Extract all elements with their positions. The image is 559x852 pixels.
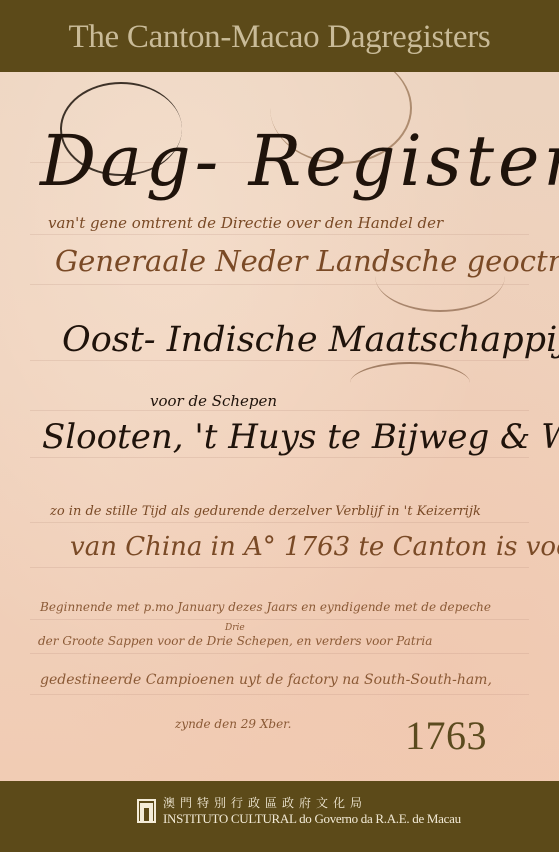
arch-logo-icon [137,799,156,823]
book-title: The Canton-Macao Dagregisters [69,19,491,56]
manuscript-line-ship-names: Slooten, 't Huys te Bijweg & Westerveld [42,417,559,457]
manuscript-line: Beginnende met p.mo January dezes Jaars … [40,600,491,614]
ruled-line [30,457,529,458]
manuscript-line: Oost- Indische Maatschappij [62,320,559,360]
volume-year: 1763 [405,712,487,759]
manuscript-heading: Dag- Register [40,120,559,202]
ruled-line [30,284,529,285]
ruled-line [30,522,529,523]
calligraphy-flourish [350,362,470,404]
manuscript-line: van't gene omtrent de Directie over den … [48,214,443,232]
ruled-line [30,360,529,361]
ruled-line [30,410,529,411]
manuscript-line: zo in de stille Tijd als gedurende derze… [50,504,481,519]
manuscript-line: zynde den 29 Xber. [175,717,291,731]
publisher-footer-band: 澳門特別行政區政府文化局 INSTITUTO CULTURAL do Gover… [0,781,559,852]
publisher-name-chinese: 澳門特別行政區政府文化局 [163,796,461,811]
interlinear-note: Drie [225,623,245,633]
ruled-line [30,567,529,568]
manuscript-page-image: Dag- Register van't gene omtrent de Dire… [0,72,559,781]
manuscript-line: van China in A° 1763 te Canton is voorge… [70,532,559,562]
ruled-line [30,653,529,654]
manuscript-line: voor de Schepen [150,392,277,410]
publisher-logo-block: 澳門特別行政區政府文化局 INSTITUTO CULTURAL do Gover… [137,796,461,826]
cover-header-band: The Canton-Macao Dagregisters [0,0,559,72]
manuscript-line: Generaale Neder Landsche geoctroyeerde [55,244,559,278]
ruled-line [30,619,529,620]
ruled-line [30,694,529,695]
manuscript-line: der Groote Sappen voor de Drie Schepen, … [38,634,432,648]
ruled-line [30,234,529,235]
manuscript-line: gedestineerde Campioenen uyt de factory … [40,672,492,688]
publisher-name-portuguese: INSTITUTO CULTURAL do Governo da R.A.E. … [163,811,461,826]
